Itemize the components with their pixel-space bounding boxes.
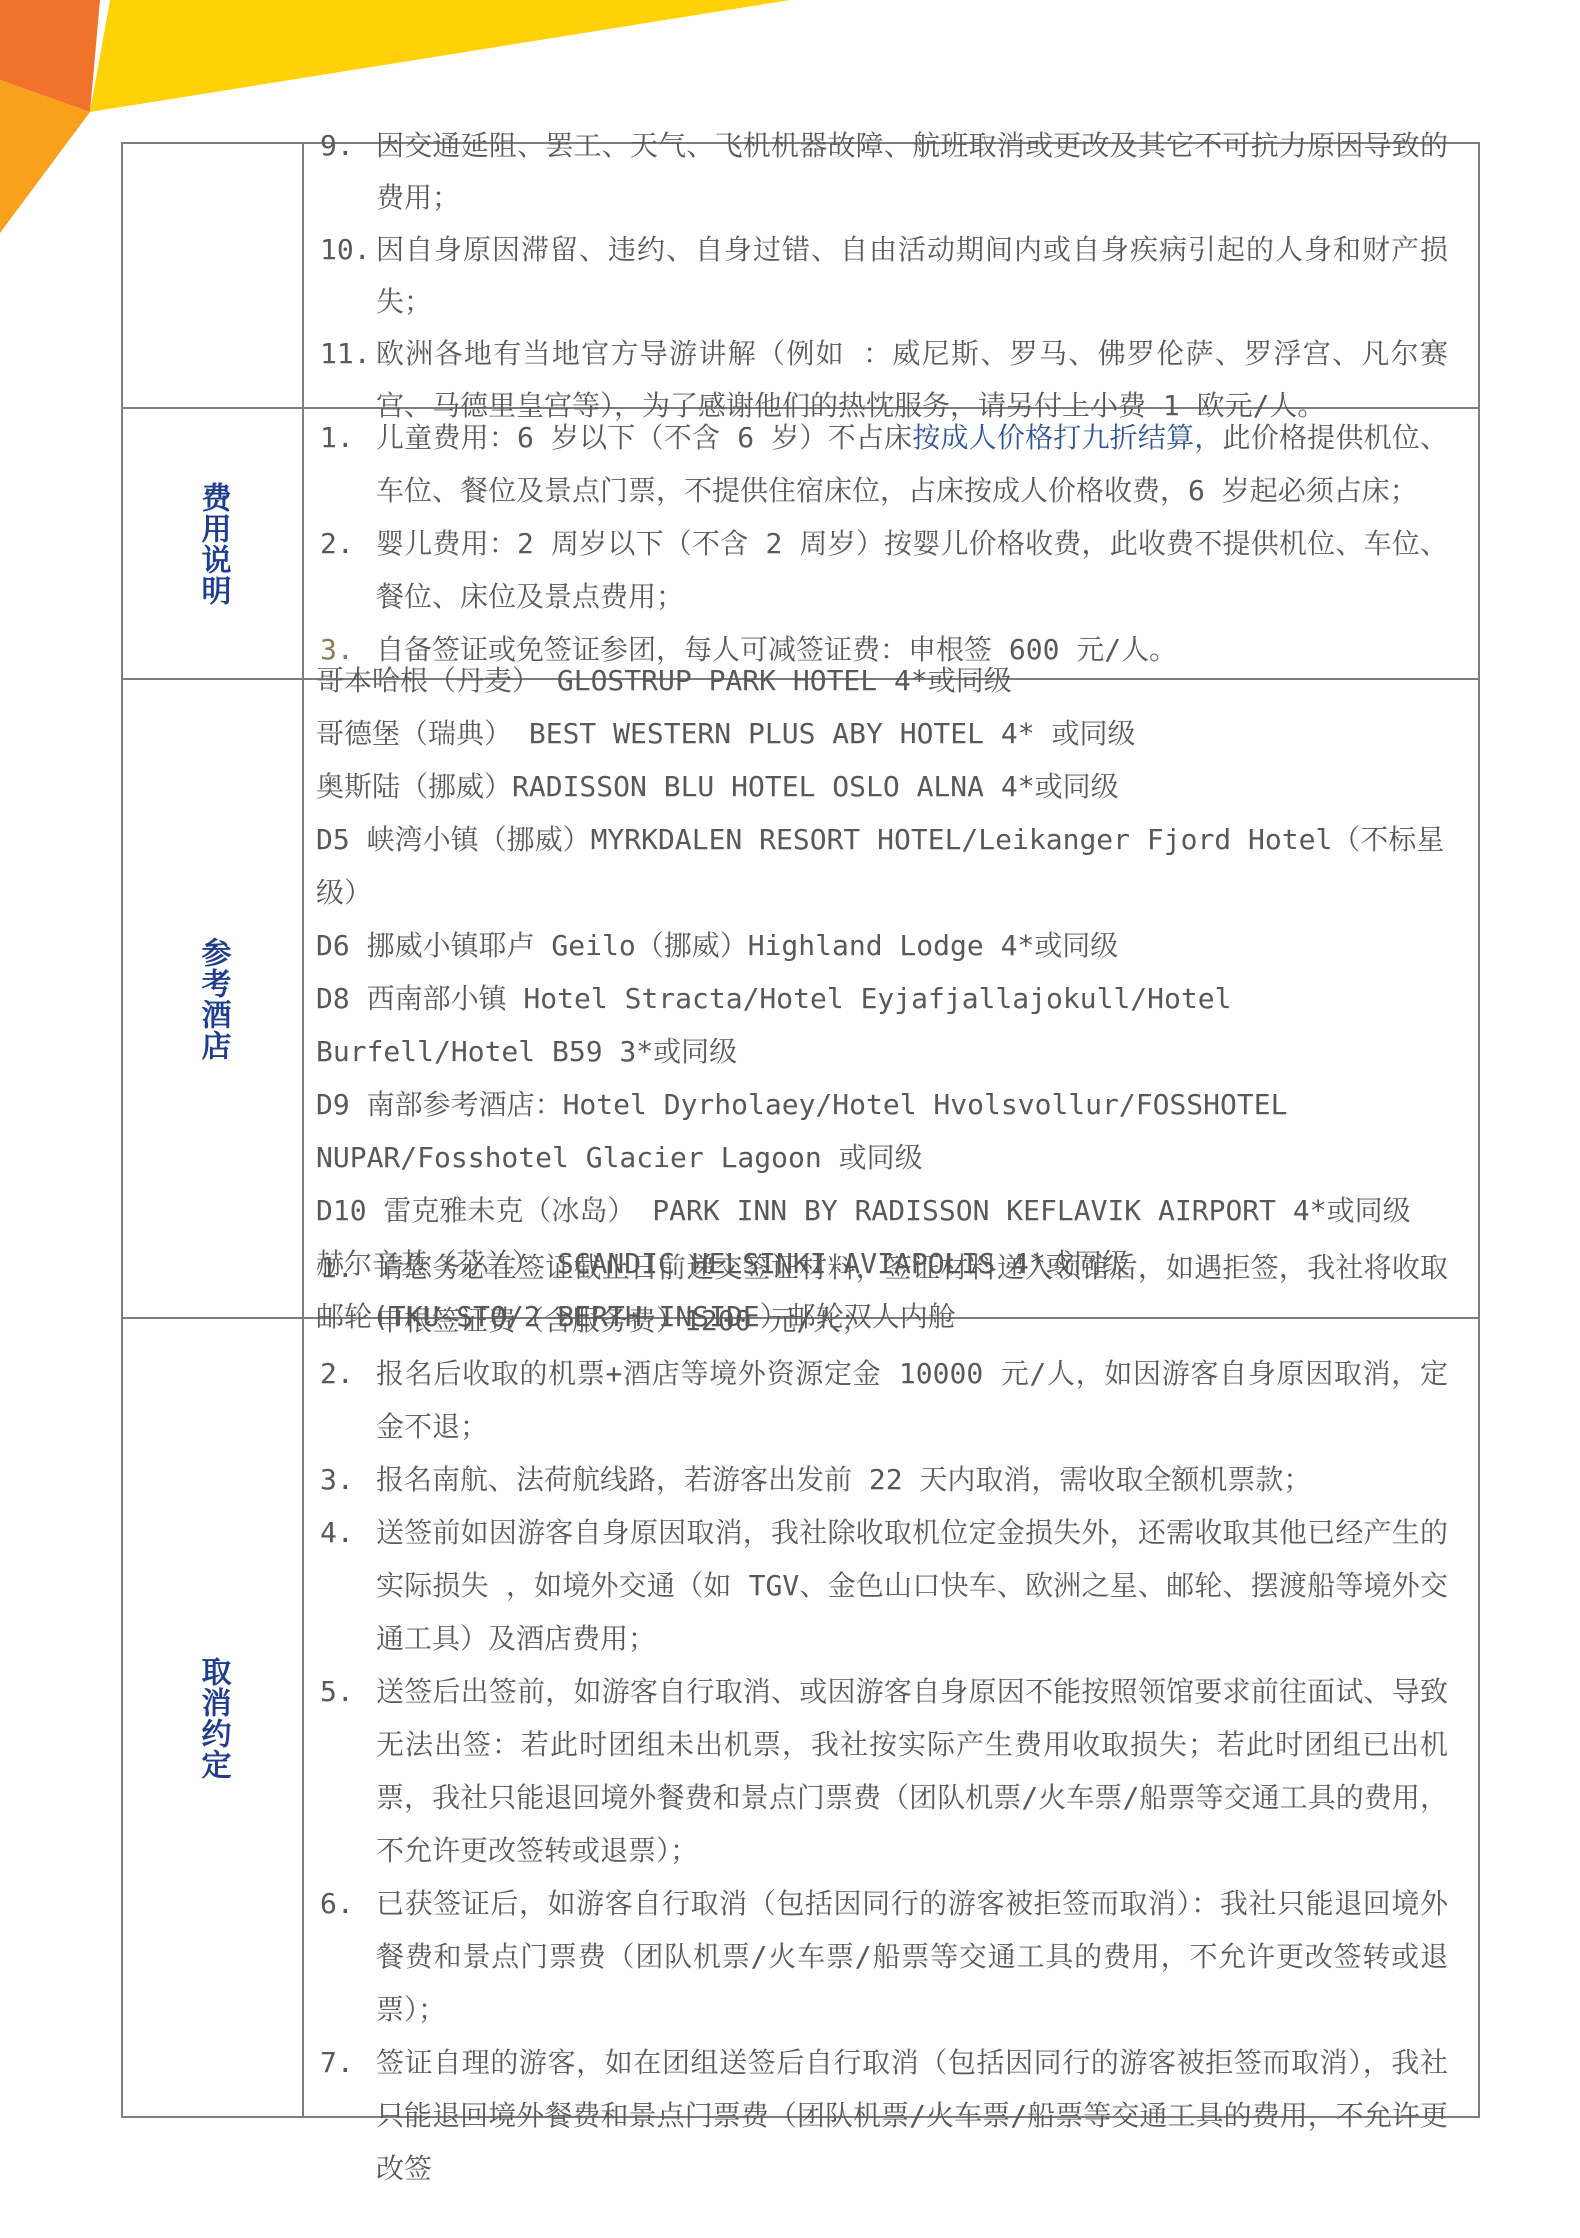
terms-table: 9.因交通延阻、罢工、天气、飞机机器故障、航班取消或更改及其它不可抗力原因导致的… [121, 142, 1480, 2118]
row-label: 参考酒店 [198, 937, 228, 1061]
list-item: 7.签证自理的游客，如在团组送签后自行取消（包括因同行的游客被拒签而取消），我社… [304, 2036, 1448, 2195]
row-content: 1.请您务必在签证截止日前递交签证材料，签证材料递入领馆后，如遇拒签，我社将收取… [304, 1319, 1478, 2116]
list-item: 9.因交通延阻、罢工、天气、飞机机器故障、航班取消或更改及其它不可抗力原因导致的… [304, 120, 1448, 224]
item-number: 5. [320, 1665, 374, 1718]
row-content: 1.儿童费用：6 岁以下（不含 6 岁）不占床按成人价格打九折结算，此价格提供机… [304, 409, 1478, 678]
hotel-line: D9 南部参考酒店：Hotel Dyrholaey/Hotel Hvolsvol… [304, 1078, 1448, 1184]
item-text: 请您务必在签证截止日前递交签证材料，签证材料递入领馆后，如遇拒签，我社将收取申根… [376, 1251, 1448, 1337]
item-text: 婴儿费用：2 周岁以下（不含 2 周岁）按婴儿价格收费，此收费不提供机位、车位、… [376, 527, 1448, 613]
item-text: 已获签证后，如游客自行取消（包括因同行的游客被拒签而取消）：我社只能退回境外餐费… [376, 1887, 1448, 2026]
item-text: 欧洲各地有当地官方导游讲解（例如 ：威尼斯、罗马、佛罗伦萨、罗浮宫、凡尔赛宫、马… [376, 337, 1448, 422]
table-row-cancellation-terms: 取消约定 1.请您务必在签证截止日前递交签证材料，签证材料递入领馆后，如遇拒签，… [123, 1317, 1478, 2116]
item-number: 10. [320, 224, 374, 276]
row-content: 9.因交通延阻、罢工、天气、飞机机器故障、航班取消或更改及其它不可抗力原因导致的… [304, 144, 1478, 407]
hotel-line: D10 雷克雅未克（冰岛） PARK INN BY RADISSON KEFLA… [304, 1184, 1448, 1237]
item-number: 7. [320, 2036, 374, 2089]
item-text: 因交通延阻、罢工、天气、飞机机器故障、航班取消或更改及其它不可抗力原因导致的费用… [376, 129, 1448, 214]
hotel-line: 哥德堡（瑞典） BEST WESTERN PLUS ABY HOTEL 4* 或… [304, 707, 1448, 760]
highlighted-text: 按成人价格打九折结算， [912, 421, 1222, 454]
item-number: 2. [320, 1347, 374, 1400]
row-label-cell-empty [123, 144, 304, 407]
item-text: 因自身原因滞留、违约、自身过错、自由活动期间内或自身疾病引起的人身和财产损失； [376, 233, 1448, 318]
item-text: 送签前如因游客自身原因取消，我社除收取机位定金损失外，还需收取其他已经产生的实际… [376, 1516, 1448, 1655]
item-text: 儿童费用：6 岁以下（不含 6 岁）不占床 [376, 421, 912, 454]
decor-yellow-shape [90, 0, 790, 112]
row-label: 取消约定 [198, 1656, 228, 1780]
list-item: 2.婴儿费用：2 周岁以下（不含 2 周岁）按婴儿价格收费，此收费不提供机位、车… [304, 517, 1448, 623]
list-item: 1.请您务必在签证截止日前递交签证材料，签证材料递入领馆后，如遇拒签，我社将收取… [304, 1241, 1448, 1347]
item-text: 报名南航、法荷航线路，若游客出发前 22 天内取消，需收取全额机票款； [376, 1463, 1311, 1496]
item-number: 9. [320, 120, 374, 172]
decor-light-orange-shape [0, 80, 90, 233]
hotel-line: D8 西南部小镇 Hotel Stracta/Hotel Eyjafjallaj… [304, 972, 1448, 1078]
list-item: 4.送签前如因游客自身原因取消，我社除收取机位定金损失外，还需收取其他已经产生的… [304, 1506, 1448, 1665]
list-item: 6.已获签证后，如游客自行取消（包括因同行的游客被拒签而取消）：我社只能退回境外… [304, 1877, 1448, 2036]
item-text: 自备签证或免签证参团，每人可减签证费：申根签 600 元/人。 [376, 633, 1177, 666]
item-number: 3. [320, 1453, 374, 1506]
list-item: 1.儿童费用：6 岁以下（不含 6 岁）不占床按成人价格打九折结算，此价格提供机… [304, 411, 1448, 517]
item-number: 6. [320, 1877, 374, 1930]
item-text: 签证自理的游客，如在团组送签后自行取消（包括因同行的游客被拒签而取消），我社只能… [376, 2046, 1448, 2185]
table-row-reference-hotels: 参考酒店 哥本哈根（丹麦） GLOSTRUP PARK HOTEL 4*或同级 … [123, 678, 1478, 1317]
item-number: 3. [320, 623, 374, 676]
hotel-line: D6 挪威小镇耶卢 Geilo（挪威）Highland Lodge 4*或同级 [304, 919, 1448, 972]
page: { "page": { "background": "#ffffff" }, "… [0, 0, 1580, 2238]
list-item: 10.因自身原因滞留、违约、自身过错、自由活动期间内或自身疾病引起的人身和财产损… [304, 224, 1448, 328]
item-number: 2. [320, 517, 374, 570]
item-text: 送签后出签前，如游客自行取消、或因游客自身原因不能按照领馆要求前往面试、导致无法… [376, 1675, 1448, 1867]
row-content: 哥本哈根（丹麦） GLOSTRUP PARK HOTEL 4*或同级 哥德堡（瑞… [304, 680, 1478, 1317]
hotel-line: 奥斯陆（挪威）RADISSON BLU HOTEL OSLO ALNA 4*或同… [304, 760, 1448, 813]
list-item: 5.送签后出签前，如游客自行取消、或因游客自身原因不能按照领馆要求前往面试、导致… [304, 1665, 1448, 1877]
list-item: 3.报名南航、法荷航线路，若游客出发前 22 天内取消，需收取全额机票款； [304, 1453, 1448, 1506]
list-item: 2.报名后收取的机票+酒店等境外资源定金 10000 元/人，如因游客自身原因取… [304, 1347, 1448, 1453]
table-row-fee-exclusions: 9.因交通延阻、罢工、天气、飞机机器故障、航班取消或更改及其它不可抗力原因导致的… [123, 144, 1478, 407]
item-number: 1. [320, 411, 374, 464]
table-row-fee-notes: 费用说明 1.儿童费用：6 岁以下（不含 6 岁）不占床按成人价格打九折结算，此… [123, 407, 1478, 678]
hotel-line: D5 峡湾小镇（挪威）MYRKDALEN RESORT HOTEL/Leikan… [304, 813, 1448, 919]
row-label-cell: 取消约定 [123, 1319, 304, 2116]
row-label-cell: 参考酒店 [123, 680, 304, 1317]
decor-dark-orange-shape [0, 0, 100, 112]
item-text: 报名后收取的机票+酒店等境外资源定金 10000 元/人，如因游客自身原因取消，… [376, 1357, 1448, 1443]
item-number: 1. [320, 1241, 374, 1294]
row-label-cell: 费用说明 [123, 409, 304, 678]
list-item: 3.自备签证或免签证参团，每人可减签证费：申根签 600 元/人。 [304, 623, 1448, 676]
item-number: 4. [320, 1506, 374, 1559]
row-label: 费用说明 [198, 482, 228, 606]
item-number: 11. [320, 328, 374, 380]
